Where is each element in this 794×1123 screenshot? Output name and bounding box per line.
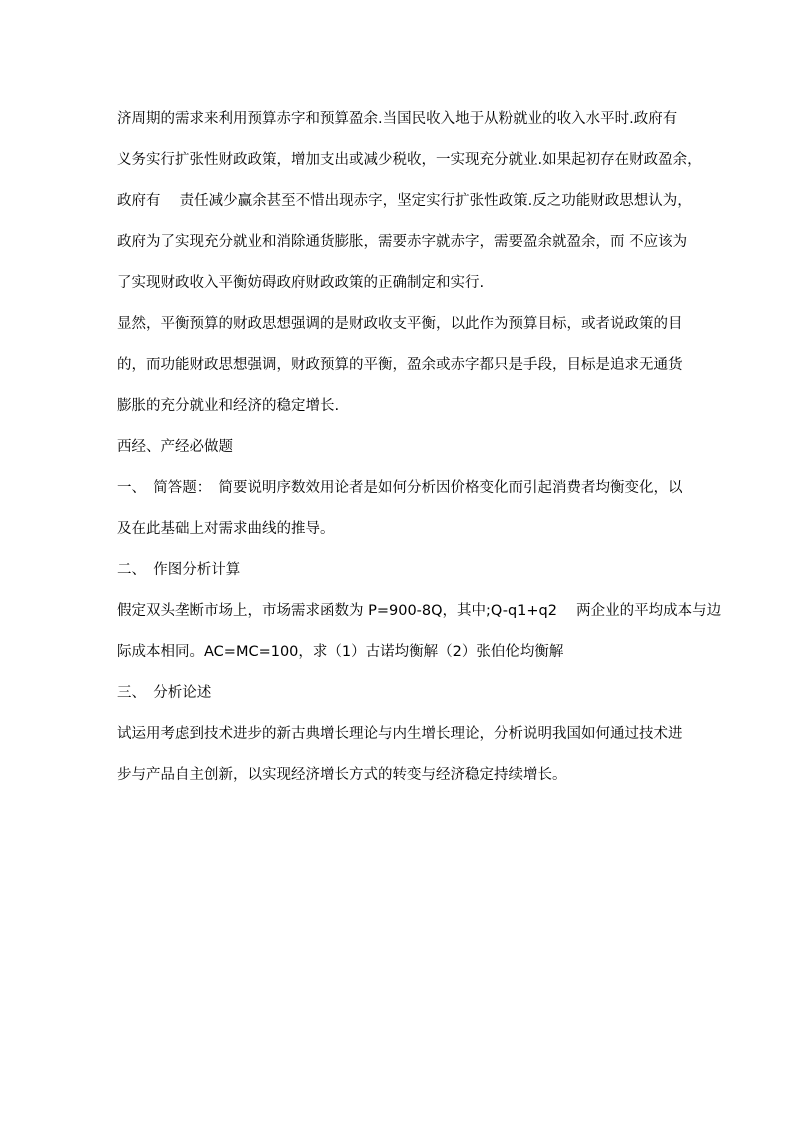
document-page: 济周期的需求来利用预算赤字和预算盈余.当国民收入地于从粉就业的收入水平时.政府有…	[0, 0, 794, 1123]
section-heading: 西经、产经必做题	[117, 427, 683, 468]
text-line: 政府有 责任减少赢余甚至不惜出现赤字，坚定实行扩张性政策.反之功能财政思想认为，	[117, 181, 683, 222]
text-line: 义务实行扩张性财政政策，增加支出或减少税收，一实现充分就业.如果起初存在财政盈余…	[117, 140, 683, 181]
text-line: 及在此基础上对需求曲线的推导。	[117, 509, 683, 550]
text-line: 试运用考虑到技术进步的新古典增长理论与内生增长理论，分析说明我国如何通过技术进	[117, 714, 683, 755]
text-line: 的，而功能财政思想强调，财政预算的平衡，盈余或赤字都只是手段，目标是追求无通货	[117, 345, 683, 386]
text-line: 政府为了实现充分就业和消除通货膨胀，需要赤字就赤字，需要盈余就盈余，而 不应该为	[117, 222, 683, 263]
section-heading: 三、 分析论述	[117, 673, 683, 714]
text-line: 际成本相同。AC=MC=100，求（1）古诺均衡解（2）张伯伦均衡解	[117, 632, 683, 673]
section-heading: 二、 作图分析计算	[117, 550, 683, 591]
document-body: 济周期的需求来利用预算赤字和预算盈余.当国民收入地于从粉就业的收入水平时.政府有…	[117, 99, 683, 796]
text-line: 显然，平衡预算的财政思想强调的是财政收支平衡，以此作为预算目标，或者说政策的目	[117, 304, 683, 345]
text-line: 假定双头垄断市场上，市场需求函数为 P=900-8Q，其中;Q-q1+q2 两企…	[117, 591, 683, 632]
text-line: 膨胀的充分就业和经济的稳定增长.	[117, 386, 683, 427]
text-line: 步与产品自主创新，以实现经济增长方式的转变与经济稳定持续增长。	[117, 755, 683, 796]
text-line: 一、 简答题： 简要说明序数效用论者是如何分析因价格变化而引起消费者均衡变化，以	[117, 468, 683, 509]
text-line: 济周期的需求来利用预算赤字和预算盈余.当国民收入地于从粉就业的收入水平时.政府有	[117, 99, 683, 140]
text-line: 了实现财政收入平衡妨碍政府财政政策的正确制定和实行.	[117, 263, 683, 304]
